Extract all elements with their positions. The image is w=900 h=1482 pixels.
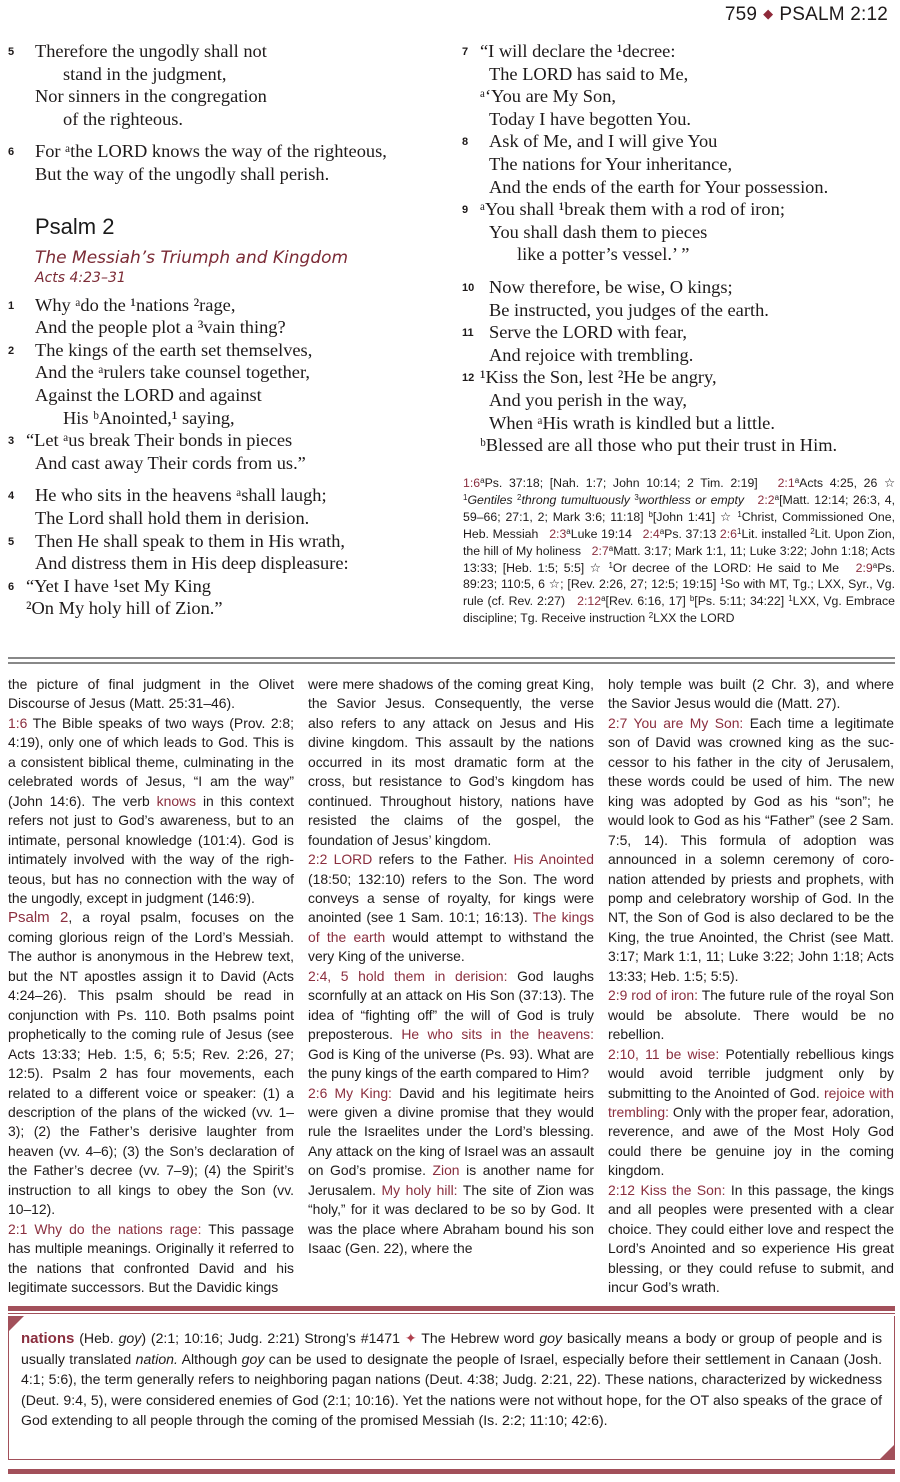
verse-number: 5 (8, 41, 14, 64)
verse-line: “Let ᵃus break Their bonds in pieces (26, 429, 448, 452)
verse-line: Why ᵃdo the ¹nations ²rage, (35, 294, 448, 317)
xref-label: 2:2 (758, 493, 775, 507)
xref-text: Luke 19:14 (571, 527, 632, 541)
verse-line: The nations for Your inheritance, (489, 153, 892, 176)
hebrew-word: goy (242, 1351, 265, 1367)
xref-label: 2:1 (778, 476, 795, 490)
note-reference: 1:6 (8, 715, 27, 731)
verse-number: 3 (8, 430, 14, 453)
verse-line: ²On My holy hill of Zion.” (26, 597, 448, 620)
verse-2-8: 8 Ask of Me, and I will give You The nat… (462, 130, 892, 198)
note-text: in this context refers not just to God’s… (8, 793, 294, 906)
verse-number: 6 (8, 141, 14, 164)
word-study-box: nations (Heb. goy) (2:1; 10:16; Judg. 2:… (8, 1306, 895, 1474)
verse-line: He who sits in the heavens ᵃshall laugh; (35, 484, 448, 507)
verse-line: When ᵃHis wrath is kindled but a little. (489, 412, 892, 435)
xref-note: LXX the LORD (653, 611, 734, 625)
verse-line: The Lord shall hold them in derision. (35, 507, 448, 530)
xref-text: [John 1:41] ☆ (653, 510, 733, 524)
verse-line: Therefore the ungodly shall not (35, 40, 448, 63)
hebrew-word: goy (539, 1330, 562, 1346)
verse-line: Serve the LORD with fear, (489, 321, 892, 344)
verse-line: And distress them in His deep displeasur… (35, 552, 448, 575)
verse-number: 10 (462, 277, 474, 300)
note-reference: 2:10, 11 be wise: (608, 1046, 719, 1062)
psalm-title: Psalm 2 (8, 214, 448, 240)
page-number: 759 (725, 4, 757, 25)
note-text: were mere shadows of the coming great Ki… (308, 676, 594, 848)
xref-text: Ps. 37:13 (664, 527, 716, 541)
verse-line: And the ᵃrulers take counsel together, (35, 361, 448, 384)
xref-label: 2:6 (720, 527, 737, 541)
scripture-text: 5 Therefore the ungodly shall not stand … (0, 40, 900, 652)
running-reference: PSALM 2:12 (779, 4, 888, 25)
verse-line: The LORD has said to Me, (489, 63, 892, 86)
notes-column-3: holy temple was built (2 Chr. 3), and wh… (608, 675, 894, 1298)
note-text: God is King of the universe (Ps. 93). Wh… (308, 1046, 594, 1081)
diamond-icon: ◆ (763, 6, 773, 21)
verse-2-11: 11 Serve the LORD with fear, And rejoice… (462, 321, 892, 366)
note-reference: 2:6 My King: (308, 1085, 392, 1101)
word-study-text-part: The Hebrew word (417, 1330, 540, 1346)
note-text: the picture of final judgment in the Oli… (8, 676, 294, 711)
verse-line: His ᵇAnointed,¹ saying, (35, 407, 448, 430)
verse-number: 9 (462, 199, 468, 222)
verse-number: 2 (8, 340, 14, 363)
psalm-subtitle: The Messiah’s Triumph and Kingdom (8, 248, 448, 268)
scripture-column-left: 5 Therefore the ungodly shall not stand … (8, 40, 448, 620)
verse-number: 6 (8, 576, 14, 599)
verse-number: 1 (8, 295, 14, 318)
xref-label: 2:7 (592, 544, 609, 558)
verse-line: Then He shall speak to them in His wrath… (35, 530, 448, 553)
xref-note: Lit. installed (741, 527, 806, 541)
verse-line: like a potter’s vessel.’ ” (489, 243, 892, 266)
verse-number: 7 (462, 41, 468, 64)
word-study-text-part: Although (178, 1351, 242, 1367)
box-top-rule (8, 1313, 895, 1314)
verse-line: And you perish in the way, (489, 389, 892, 412)
verse-line: And the people plot a ³vain thing? (35, 316, 448, 339)
verse-2-1: 1 Why ᵃdo the ¹nations ²rage, And the pe… (8, 294, 448, 339)
verse-line: Today I have begotten You. (489, 108, 892, 131)
verse-line: And the ends of the earth for Your posse… (489, 176, 892, 199)
note-keyword: knows (157, 793, 196, 809)
notes-column-1: the picture of final judgment in the Oli… (8, 675, 294, 1298)
xref-label: 1:6 (463, 476, 480, 490)
verse-line: But the way of the ungodly shall perish. (35, 163, 448, 186)
verse-line: Nor sinners in the congregation (35, 85, 448, 108)
verse-number: 8 (462, 131, 468, 154)
verse-line: And rejoice with trembling. (489, 344, 892, 367)
verse-line: ᵃYou shall ¹break them with a rod of iro… (480, 198, 892, 221)
verse-line: You shall dash them to pieces (489, 221, 892, 244)
verse-number: 12 (462, 367, 474, 390)
note-keyword: My holy hill: (382, 1182, 458, 1198)
translation-word: nation. (136, 1351, 178, 1367)
verse-line: stand in the judgment, (35, 63, 448, 86)
note-text: refers to the Father. (372, 851, 513, 867)
verse-1-6: 6 For ᵃthe LORD knows the way of the rig… (8, 140, 448, 185)
note-text: In this passage, the kings and all peopl… (608, 1182, 894, 1295)
verse-line: of the righteous. (35, 108, 448, 131)
verse-line: “Yet I have ¹set My King (26, 575, 448, 598)
note-text: Each time a legitimate son of David was … (608, 715, 894, 984)
xref-text: [Rev. 6:16, 17] (606, 594, 686, 608)
note-text: , a royal psalm, focuses on the coming g… (8, 909, 294, 1217)
study-notes: the picture of final judgment in the Oli… (8, 675, 895, 1295)
note-reference: 2:2 LORD (308, 851, 372, 867)
corner-triangle-icon (879, 1444, 895, 1460)
verse-line: ᵃ‘You are My Son, (480, 85, 892, 108)
note-reference: 2:4, 5 hold them in derision: (308, 968, 508, 984)
note-reference: 2:12 Kiss the Son: (608, 1182, 725, 1198)
xref-label: 2:4 (643, 527, 660, 541)
verse-2-10: 10 Now therefore, be wise, O kings; Be i… (462, 276, 892, 321)
verse-line: ¹Kiss the Son, lest ²He be angry, (480, 366, 892, 389)
verse-line: Against the LORD and against (35, 384, 448, 407)
verse-2-3: 3 “Let ᵃus break Their bonds in pieces A… (8, 429, 448, 474)
verse-line: The kings of the earth set themselves, (35, 339, 448, 362)
note-reference: 2:7 You are My Son: (608, 715, 743, 731)
verse-2-7: 7 “I will declare the ¹decree: The LORD … (462, 40, 892, 130)
verse-line: Ask of Me, and I will give You (489, 130, 892, 153)
verse-2-9: 9 ᵃYou shall ¹break them with a rod of i… (462, 198, 892, 266)
note-text: holy temple was built (2 Chr. 3), and wh… (608, 676, 894, 711)
plus-icon: ✦ (405, 1330, 417, 1346)
verse-line: Be instructed, you judges of the earth. (489, 299, 892, 322)
verse-line: And cast away Their cords from us.” (35, 452, 448, 475)
verse-2-6: 6 “Yet I have ¹set My King ²On My holy h… (8, 575, 448, 620)
note-keyword: His Anointed (514, 851, 594, 867)
note-reference: 2:9 rod of iron: (608, 987, 698, 1003)
box-top-bar (8, 1306, 895, 1311)
word-study-term: nations (21, 1330, 74, 1347)
notes-column-2: were mere shadows of the coming great Ki… (308, 675, 594, 1259)
verse-1-5: 5 Therefore the ungodly shall not stand … (8, 40, 448, 130)
verse-number: 4 (8, 485, 14, 508)
word-study-text-part: (Heb. (74, 1330, 118, 1346)
note-keyword: Zion (433, 1162, 460, 1178)
box-bottom-bar (8, 1469, 895, 1474)
verse-line: “I will declare the ¹decree: (480, 40, 892, 63)
xref-text: Ps. 37:18; [Nah. 1:7; John 10:14; 2 Tim.… (485, 476, 758, 490)
xref-note: throng tumultuously (522, 493, 630, 507)
verse-line: For ᵃthe LORD knows the way of the right… (35, 140, 448, 163)
note-keyword: He who sits in the heavens: (401, 1026, 594, 1042)
xref-note: worthless or empty (639, 493, 744, 507)
section-divider (8, 657, 895, 664)
xref-label: 2:3 (549, 527, 566, 541)
psalm-cross-reference: Acts 4:23–31 (8, 270, 448, 286)
xref-note: Or decree of the LORD: He said to Me (613, 561, 839, 575)
hebrew-word: goy (119, 1330, 142, 1346)
note-reference: Psalm 2 (8, 909, 68, 926)
xref-note: Gentiles (467, 493, 512, 507)
xref-label: 2:9 (856, 561, 873, 575)
note-reference: 2:1 Why do the nations rage: (8, 1221, 201, 1237)
xref-text: Acts 4:25, 26 ☆ (799, 476, 895, 490)
xref-text: [Ps. 5:11; 34:22] (694, 594, 784, 608)
verse-line: ᵇBlessed are all those who put their tru… (480, 434, 892, 457)
verse-number: 5 (8, 531, 14, 554)
verse-number: 11 (462, 322, 474, 345)
verse-2-4: 4 He who sits in the heavens ᵃshall laug… (8, 484, 448, 529)
running-head: 759◆PSALM 2:12 (725, 4, 888, 26)
scripture-column-right: 7 “I will declare the ¹decree: The LORD … (462, 40, 892, 457)
verse-2-5: 5 Then He shall speak to them in His wra… (8, 530, 448, 575)
verse-line: Now therefore, be wise, O kings; (489, 276, 892, 299)
cross-references: 1:6aPs. 37:18; [Nah. 1:7; John 10:14; 2 … (463, 475, 895, 627)
xref-label: 2:12 (577, 594, 601, 608)
word-study-text: nations (Heb. goy) (2:1; 10:16; Judg. 2:… (21, 1328, 882, 1430)
verse-2-12: 12 ¹Kiss the Son, lest ²He be angry, And… (462, 366, 892, 456)
verse-2-2: 2 The kings of the earth set themselves,… (8, 339, 448, 429)
word-study-text-part: ) (2:1; 10:16; Judg. 2:21) Strong’s #147… (141, 1330, 405, 1346)
